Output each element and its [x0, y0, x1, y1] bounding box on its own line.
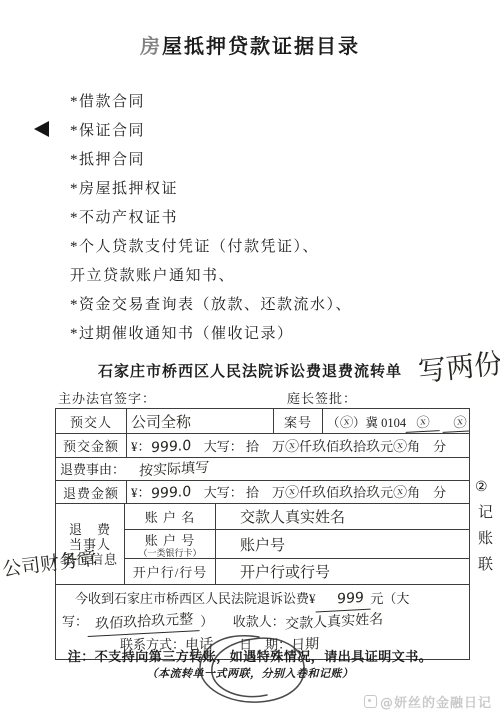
- watermark: @妍丝的金融日记: [364, 692, 492, 711]
- hand-drawn-circle-annotation: [193, 630, 311, 708]
- table-row: 退费金额 ¥： 999.0 大写： 拾 万ⓧ仟玖佰玖拾玖元ⓧ角 分: [56, 481, 470, 504]
- left-margin-triangle-marker: [34, 121, 49, 137]
- refund-reason-cell: 退费事由： 按实际填写: [56, 458, 470, 481]
- page-title-prefix: 房: [140, 36, 162, 58]
- prepaid-amount-label-cell: 预交金额: [56, 434, 127, 458]
- list-item: 开立贷款账户通知书、: [70, 262, 470, 291]
- bank-branch-value-cell: 开户行或行号: [216, 559, 470, 585]
- refund-form: 预交人 公司全称 案号 （ⓧ）冀 0104ⓧ ⓧ号 预交金额 ¥： 999.0 …: [55, 408, 470, 660]
- ledger-copy-label: 记账联: [474, 504, 495, 582]
- account-number-label-cell: 账 户 号 （一类银行卡）: [125, 530, 216, 559]
- page-title-rest: 屋抵押贷款证据目录: [162, 36, 360, 58]
- refund-amount-value-cell: ¥： 999.0 大写： 拾 万ⓧ仟玖佰玖拾玖元ⓧ角 分: [127, 481, 470, 504]
- handwritten-note-write-two-copies: 写两份: [416, 342, 500, 391]
- copy-number-badge: ②: [475, 479, 488, 496]
- table-row: 预交人 公司全称 案号 （ⓧ）冀 0104ⓧ ⓧ号: [56, 409, 470, 434]
- refund-form-bank-table: 退 费 当事人 银行信息 账 户 名 交款人真实姓名 账 户 号 （一类银行卡）…: [55, 503, 470, 585]
- account-number-value-cell: 账户号: [216, 530, 470, 559]
- list-item: *借款合同: [70, 88, 470, 117]
- account-number-label: 账 户 号: [145, 533, 196, 548]
- case-number-value-cell: （ⓧ）冀 0104ⓧ ⓧ号: [323, 409, 470, 434]
- judge-signature-label: 主办法官签字：: [58, 388, 156, 407]
- list-item: *抵押合同: [70, 146, 470, 175]
- account-number-sublabel: （一类银行卡）: [129, 549, 211, 558]
- list-item: *保证合同: [70, 117, 470, 146]
- refund-amount-label-cell: 退费金额: [56, 481, 127, 504]
- table-row: 退费事由： 按实际填写: [56, 458, 470, 481]
- prepayer-label-cell: 预交人: [56, 409, 127, 434]
- list-item: *房屋抵押权证: [70, 175, 470, 204]
- prepaid-amount-value-cell: ¥： 999.0 大写： 拾 万ⓧ仟玖佰玖拾玖元ⓧ角 分: [127, 434, 470, 458]
- page-title: 房屋抵押贷款证据目录: [0, 30, 500, 59]
- bank-branch-label-cell: 开户行/行号: [125, 559, 216, 585]
- evidence-list: *借款合同 *保证合同 *抵押合同 *房屋抵押权证 *不动产权证书 *个人贷款支…: [70, 88, 470, 349]
- case-number-label-cell: 案号: [274, 409, 323, 434]
- table-row: 退 费 当事人 银行信息 账 户 名 交款人真实姓名: [56, 504, 470, 530]
- list-item: *不动产权证书: [70, 204, 470, 233]
- bank-group-line: 退 费: [69, 522, 111, 537]
- watermark-text: @妍丝的金融日记: [380, 692, 492, 711]
- list-item: *过期催收通知书（催收记录）: [70, 320, 470, 349]
- list-item: *资金交易查询表（放款、还款流水）、: [70, 291, 470, 320]
- account-name-label-cell: 账 户 名: [125, 504, 216, 530]
- prepayer-value-cell: 公司全称: [127, 409, 274, 434]
- table-row: 预交金额 ¥： 999.0 大写： 拾 万ⓧ仟玖佰玖拾玖元ⓧ角 分: [56, 434, 470, 458]
- account-name-value-cell: 交款人真实姓名: [216, 504, 470, 530]
- list-item: *个人贷款支付凭证（付款凭证）、: [70, 233, 470, 262]
- refund-form-top-table: 预交人 公司全称 案号 （ⓧ）冀 0104ⓧ ⓧ号 预交金额 ¥： 999.0 …: [55, 408, 470, 504]
- watermark-logo-icon: [364, 695, 377, 708]
- chief-approval-label: 庭长签批：: [287, 388, 357, 407]
- receipt-line-1: 今收到石家庄市桥西区人民法院退诉讼费¥ 999 元（大: [62, 588, 463, 611]
